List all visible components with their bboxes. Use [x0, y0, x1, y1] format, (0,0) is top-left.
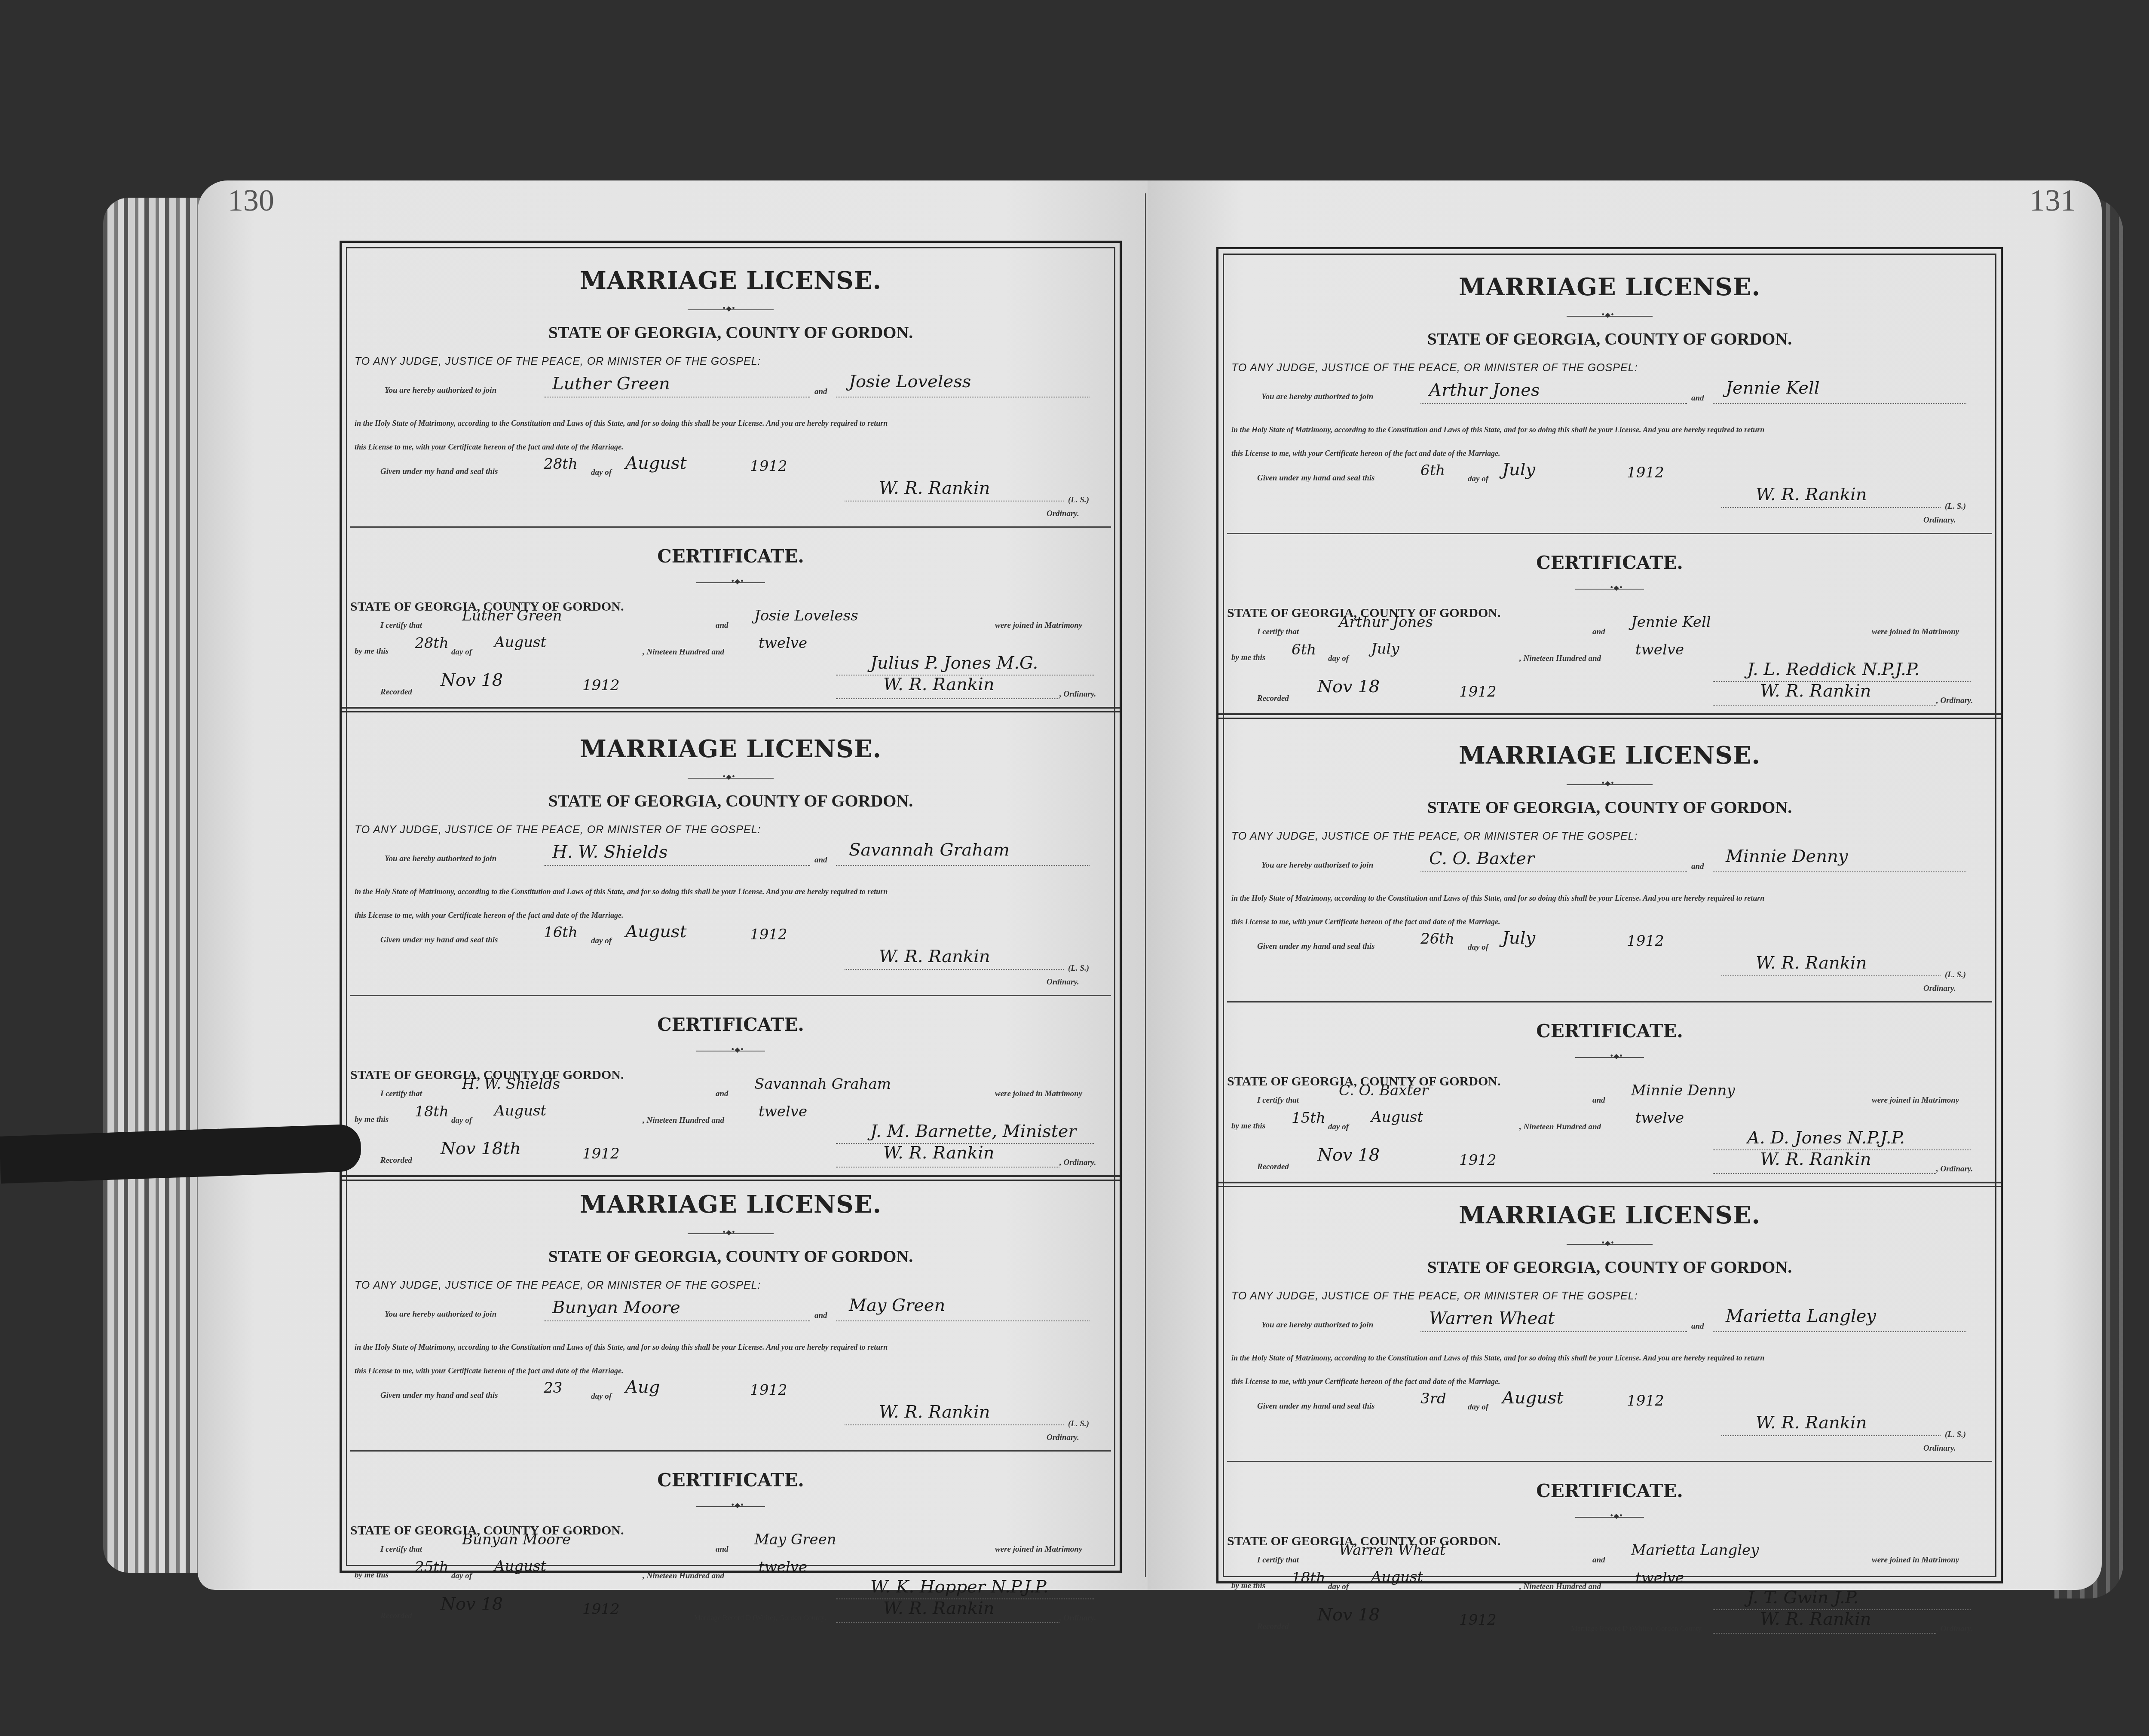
- recorded-label: Recorded: [380, 688, 412, 697]
- state-heading: STATE OF GEORGIA, COUNTY OF GORDON.: [1218, 797, 2001, 817]
- officiant-signature: J. T. Gwin J.P.: [1747, 1588, 1858, 1608]
- ordinary-sign-line: [1721, 507, 1941, 508]
- joined-label: were joined in Matrimony: [1872, 1096, 1959, 1105]
- cert-bride: Savannah Graham: [754, 1076, 891, 1093]
- bride-name: Jennie Kell: [1726, 378, 1819, 398]
- recorder-line: [1713, 1633, 1936, 1634]
- married-month: August: [494, 1102, 546, 1119]
- married-month: August: [494, 1558, 546, 1575]
- license-title: MARRIAGE LICENSE.: [342, 266, 1120, 295]
- recorded-date: Nov 18: [1317, 1605, 1380, 1625]
- ordinary-label: , Ordinary.: [1936, 1624, 1973, 1634]
- section-rule: [350, 526, 1111, 528]
- recorded-label: Recorded: [1257, 694, 1289, 703]
- given-label: Given under my hand and seal this: [1257, 1402, 1375, 1411]
- groom-name: C. O. Baxter: [1429, 849, 1534, 868]
- nineteen-hundred-label: , Nineteen Hundred and: [643, 1571, 724, 1581]
- certificate-title: CERTIFICATE.: [342, 546, 1120, 567]
- license-year: 1912: [750, 458, 787, 475]
- recorder-signature: W. R. Rankin: [1760, 1149, 1871, 1169]
- license-month: August: [1502, 1388, 1564, 1408]
- recorder-signature: W. R. Rankin: [1760, 1609, 1871, 1629]
- nineteen-hundred-label: , Nineteen Hundred and: [1519, 1122, 1601, 1132]
- married-year-word: twelve: [1635, 641, 1684, 658]
- officiant-signature: J. L. Reddick N.P.J.P.: [1747, 660, 1919, 679]
- certificate-divider: [1575, 1517, 1644, 1518]
- state-heading: STATE OF GEORGIA, COUNTY OF GORDON.: [1218, 1257, 2001, 1277]
- cert-groom: C. O. Baxter: [1339, 1082, 1428, 1099]
- groom-line: [1420, 1331, 1687, 1332]
- ls-label: (L. S.): [1945, 1430, 1966, 1440]
- bride-line: [1713, 403, 1966, 404]
- license-day: 6th: [1420, 462, 1445, 479]
- ls-label: (L. S.): [1068, 1419, 1089, 1429]
- holy-state-text: in the Holy State of Matrimony, accordin…: [1231, 894, 1764, 903]
- joined-label: were joined in Matrimony: [1872, 1556, 1959, 1565]
- license-title: MARRIAGE LICENSE.: [1218, 273, 2001, 301]
- given-label: Given under my hand and seal this: [1257, 474, 1375, 483]
- recorder-signature: W. R. Rankin: [1760, 681, 1871, 701]
- recorder-line: [836, 698, 1059, 699]
- officiant-signature: Julius P. Jones M.G.: [870, 653, 1038, 673]
- certify-label: I certify that: [1257, 1556, 1299, 1565]
- ordinary-label: , Ordinary.: [1059, 1158, 1096, 1168]
- recorded-year: 1912: [582, 1601, 620, 1618]
- record-book: 130 MARRIAGE LICENSE. STATE OF GEORGIA, …: [129, 180, 2106, 1598]
- ls-label: (L. S.): [1068, 495, 1089, 505]
- recorder-signature: W. R. Rankin: [883, 1598, 995, 1618]
- recorded-date: Nov 18: [1317, 677, 1380, 697]
- and-label: and: [1592, 1096, 1605, 1105]
- authorized-label: You are hereby authorized to join: [385, 854, 496, 864]
- recorded-date: Nov 18: [441, 1594, 503, 1614]
- license-year: 1912: [750, 926, 787, 943]
- holy-state-text: in the Holy State of Matrimony, accordin…: [355, 419, 888, 428]
- day-of-label: day of: [1328, 1122, 1349, 1132]
- ordinary-label: Ordinary.: [1047, 978, 1079, 987]
- section-rule: [350, 1450, 1111, 1452]
- bride-name: Minnie Denny: [1726, 847, 1848, 866]
- joined-label: were joined in Matrimony: [995, 621, 1082, 630]
- license-signature: W. R. Rankin: [1756, 1413, 1867, 1433]
- nineteen-hundred-label: , Nineteen Hundred and: [643, 1116, 724, 1125]
- authorized-label: You are hereby authorized to join: [1261, 392, 1373, 402]
- given-label: Given under my hand and seal this: [1257, 942, 1375, 951]
- marriage-record: MARRIAGE LICENSE. STATE OF GEORGIA, COUN…: [342, 1167, 1120, 1614]
- recorded-date: Nov 18: [1317, 1145, 1380, 1165]
- cert-bride: Josie Loveless: [754, 607, 858, 624]
- ornament-divider: [1567, 1244, 1653, 1245]
- license-day: 16th: [544, 924, 578, 941]
- license-title: MARRIAGE LICENSE.: [342, 735, 1120, 763]
- recorded-label: Recorded: [1257, 1162, 1289, 1172]
- married-day: 18th: [1292, 1569, 1326, 1586]
- record-separator: [1218, 713, 2001, 715]
- and-label: and: [814, 856, 827, 865]
- nineteen-hundred-label: , Nineteen Hundred and: [1519, 654, 1601, 663]
- by-me-label: by me this: [355, 647, 389, 656]
- officiant-signature: W. K. Hopper N.P.J.P.: [870, 1577, 1048, 1597]
- recorder-line: [1713, 1173, 1936, 1174]
- groom-line: [544, 1320, 810, 1321]
- ordinary-label: Ordinary.: [1923, 516, 1956, 525]
- license-month: July: [1502, 928, 1535, 948]
- return-text: this License to me, with your Certificat…: [1231, 1377, 1500, 1386]
- recorder-line: [836, 1622, 1059, 1623]
- by-me-label: by me this: [1231, 653, 1265, 663]
- bride-line: [836, 1320, 1090, 1321]
- and-label: and: [1691, 1322, 1704, 1331]
- recorded-year: 1912: [1459, 683, 1497, 700]
- day-of-label: day of: [1328, 1582, 1349, 1592]
- license-signature: W. R. Rankin: [879, 478, 990, 498]
- and-label: and: [716, 1545, 729, 1554]
- day-of-label: day of: [1468, 1403, 1488, 1412]
- section-rule: [1227, 1461, 1992, 1462]
- license-day: 28th: [544, 455, 578, 473]
- cert-groom: H. W. Shields: [462, 1076, 560, 1093]
- state-heading: STATE OF GEORGIA, COUNTY OF GORDON.: [342, 322, 1120, 342]
- page-number: 130: [228, 183, 274, 218]
- return-text: this License to me, with your Certificat…: [355, 911, 623, 920]
- nineteen-hundred-label: , Nineteen Hundred and: [1519, 1582, 1601, 1592]
- holy-state-text: in the Holy State of Matrimony, accordin…: [1231, 1354, 1764, 1363]
- record-book-footer: Marriage Record D (White), Gordon County…: [1571, 1624, 1703, 1633]
- certificate-divider: [696, 1506, 765, 1507]
- certificate-title: CERTIFICATE.: [342, 1470, 1120, 1491]
- cert-groom: Warren Wheat: [1339, 1542, 1446, 1559]
- page-number: 131: [2030, 183, 2076, 218]
- groom-name: Bunyan Moore: [552, 1298, 680, 1317]
- bride-line: [836, 397, 1090, 397]
- married-day: 15th: [1292, 1109, 1326, 1127]
- authorized-label: You are hereby authorized to join: [1261, 1320, 1373, 1330]
- ordinary-label: Ordinary.: [1047, 1433, 1079, 1443]
- joined-label: were joined in Matrimony: [995, 1545, 1082, 1554]
- ornament-divider: [688, 778, 774, 779]
- certificate-divider: [696, 582, 765, 583]
- ls-label: (L. S.): [1945, 970, 1966, 980]
- joined-label: were joined in Matrimony: [995, 1089, 1082, 1099]
- ordinary-label: Ordinary.: [1047, 509, 1079, 519]
- bride-name: May Green: [849, 1296, 945, 1315]
- holy-state-text: in the Holy State of Matrimony, accordin…: [355, 887, 888, 896]
- by-me-label: by me this: [355, 1571, 389, 1580]
- ordinary-label: Ordinary.: [1923, 1444, 1956, 1453]
- bride-line: [1713, 871, 1966, 872]
- bride-line: [1713, 1331, 1966, 1332]
- ornament-divider: [688, 309, 774, 310]
- day-of-label: day of: [1468, 943, 1488, 952]
- address-line: TO ANY JUDGE, JUSTICE OF THE PEACE, OR M…: [355, 824, 761, 836]
- and-label: and: [1691, 394, 1704, 403]
- record-frame: MARRIAGE LICENSE. STATE OF GEORGIA, COUN…: [1216, 247, 2003, 1583]
- license-month: July: [1502, 460, 1535, 480]
- certificate-divider: [1575, 589, 1644, 590]
- certificate-title: CERTIFICATE.: [1218, 1021, 2001, 1042]
- section-rule: [1227, 533, 1992, 534]
- record-separator: [342, 707, 1120, 709]
- license-signature: W. R. Rankin: [879, 1402, 990, 1422]
- cert-groom: Luther Green: [462, 607, 562, 624]
- recorded-label: Recorded: [380, 1611, 412, 1621]
- ordinary-sign-line: [845, 501, 1064, 501]
- recorded-year: 1912: [1459, 1611, 1497, 1629]
- license-title: MARRIAGE LICENSE.: [1218, 1201, 2001, 1229]
- authorized-label: You are hereby authorized to join: [385, 1310, 496, 1319]
- married-year-word: twelve: [1635, 1569, 1684, 1586]
- officiant-signature: J. M. Barnette, Minister: [870, 1122, 1077, 1141]
- ornament-divider: [1567, 316, 1653, 317]
- married-month: August: [494, 634, 546, 651]
- certify-label: I certify that: [1257, 627, 1299, 637]
- and-label: and: [1592, 1556, 1605, 1565]
- state-heading: STATE OF GEORGIA, COUNTY OF GORDON.: [342, 1246, 1120, 1266]
- license-title: MARRIAGE LICENSE.: [1218, 741, 2001, 770]
- certificate-divider: [1575, 1057, 1644, 1058]
- recorder-signature: W. R. Rankin: [883, 1143, 995, 1163]
- married-year-word: twelve: [759, 635, 807, 652]
- day-of-label: day of: [591, 1392, 612, 1401]
- ls-label: (L. S.): [1945, 502, 1966, 511]
- address-line: TO ANY JUDGE, JUSTICE OF THE PEACE, OR M…: [1231, 362, 1638, 374]
- ordinary-sign-line: [845, 1424, 1064, 1425]
- return-text: this License to me, with your Certificat…: [355, 443, 623, 452]
- day-of-label: day of: [1468, 474, 1488, 484]
- and-label: and: [814, 1311, 827, 1320]
- marriage-record: MARRIAGE LICENSE. STATE OF GEORGIA, COUN…: [1218, 1177, 2001, 1624]
- license-day: 3rd: [1420, 1390, 1446, 1407]
- address-line: TO ANY JUDGE, JUSTICE OF THE PEACE, OR M…: [355, 1279, 761, 1292]
- married-month: August: [1371, 1109, 1423, 1126]
- cert-groom: Arthur Jones: [1339, 614, 1433, 631]
- ordinary-label: , Ordinary.: [1936, 696, 1973, 706]
- given-label: Given under my hand and seal this: [380, 1391, 498, 1400]
- license-year: 1912: [1627, 1392, 1664, 1409]
- day-of-label: day of: [451, 1116, 472, 1125]
- and-label: and: [716, 621, 729, 630]
- given-label: Given under my hand and seal this: [380, 467, 498, 477]
- license-signature: W. R. Rankin: [1756, 485, 1867, 504]
- cert-bride: Minnie Denny: [1631, 1082, 1735, 1099]
- groom-name: Warren Wheat: [1429, 1308, 1555, 1328]
- groom-line: [544, 397, 810, 397]
- day-of-label: day of: [451, 1571, 472, 1581]
- return-text: this License to me, with your Certificat…: [355, 1366, 623, 1375]
- record-book-footer: Marriage Record D (White), Gordon County…: [694, 1614, 826, 1622]
- recorded-label: Recorded: [380, 1156, 412, 1165]
- married-month: July: [1371, 640, 1399, 657]
- cert-bride: Marietta Langley: [1631, 1542, 1759, 1559]
- married-month: August: [1371, 1568, 1423, 1586]
- license-year: 1912: [750, 1381, 787, 1399]
- joined-label: were joined in Matrimony: [1872, 627, 1959, 637]
- ordinary-sign-line: [845, 969, 1064, 970]
- license-year: 1912: [1627, 932, 1664, 950]
- and-label: and: [814, 387, 827, 397]
- return-text: this License to me, with your Certificat…: [1231, 449, 1500, 458]
- ordinary-sign-line: [1721, 975, 1941, 976]
- cert-groom: Bunyan Moore: [462, 1531, 571, 1548]
- holy-state-text: in the Holy State of Matrimony, accordin…: [1231, 425, 1764, 434]
- day-of-label: day of: [591, 468, 612, 477]
- authorized-label: You are hereby authorized to join: [385, 386, 496, 395]
- married-day: 18th: [415, 1103, 449, 1120]
- married-year-word: twelve: [759, 1559, 807, 1576]
- address-line: TO ANY JUDGE, JUSTICE OF THE PEACE, OR M…: [355, 355, 761, 368]
- by-me-label: by me this: [1231, 1581, 1265, 1591]
- marriage-record: MARRIAGE LICENSE. STATE OF GEORGIA, COUN…: [342, 711, 1120, 1158]
- authorized-label: You are hereby authorized to join: [1261, 861, 1373, 870]
- bride-name: Josie Loveless: [849, 372, 971, 391]
- address-line: TO ANY JUDGE, JUSTICE OF THE PEACE, OR M…: [1231, 1290, 1638, 1302]
- and-label: and: [716, 1089, 729, 1099]
- by-me-label: by me this: [1231, 1122, 1265, 1131]
- license-month: Aug: [625, 1377, 660, 1397]
- ls-label: (L. S.): [1068, 964, 1089, 973]
- record-frame: MARRIAGE LICENSE. STATE OF GEORGIA, COUN…: [340, 241, 1122, 1573]
- ordinary-label: , Ordinary.: [1059, 690, 1096, 699]
- address-line: TO ANY JUDGE, JUSTICE OF THE PEACE, OR M…: [1231, 830, 1638, 843]
- ordinary-label: , Ordinary.: [1059, 1614, 1096, 1623]
- certificate-title: CERTIFICATE.: [1218, 1480, 2001, 1501]
- marriage-record: MARRIAGE LICENSE. STATE OF GEORGIA, COUN…: [1218, 718, 2001, 1164]
- groom-name: H. W. Shields: [552, 842, 667, 862]
- left-page-edges: [103, 198, 202, 1573]
- day-of-label: day of: [1328, 654, 1349, 663]
- married-day: 25th: [415, 1559, 449, 1576]
- groom-line: [1420, 871, 1687, 872]
- recorded-label: Recorded: [1257, 1622, 1289, 1632]
- license-month: August: [625, 453, 687, 473]
- certificate-divider: [696, 1051, 765, 1051]
- groom-name: Arthur Jones: [1429, 380, 1540, 400]
- groom-name: Luther Green: [552, 374, 670, 394]
- ordinary-label: Ordinary.: [1923, 984, 1956, 993]
- license-year: 1912: [1627, 464, 1664, 481]
- state-heading: STATE OF GEORGIA, COUNTY OF GORDON.: [342, 791, 1120, 811]
- page-right: 131 MARRIAGE LICENSE. STATE OF GEORGIA, …: [1148, 180, 2102, 1590]
- and-label: and: [1691, 862, 1704, 871]
- certify-label: I certify that: [380, 621, 422, 630]
- certify-label: I certify that: [1257, 1096, 1299, 1105]
- married-year-word: twelve: [759, 1103, 807, 1120]
- certificate-title: CERTIFICATE.: [1218, 552, 2001, 573]
- license-month: August: [625, 922, 687, 941]
- recorded-date: Nov 18th: [441, 1139, 521, 1158]
- license-day: 26th: [1420, 930, 1454, 947]
- ornament-divider: [688, 1233, 774, 1234]
- ordinary-label: , Ordinary.: [1936, 1164, 1973, 1174]
- license-day: 23: [544, 1379, 562, 1397]
- recorded-date: Nov 18: [441, 670, 503, 690]
- license-signature: W. R. Rankin: [879, 947, 990, 966]
- certify-label: I certify that: [380, 1089, 422, 1099]
- section-rule: [350, 995, 1111, 996]
- recorded-year: 1912: [582, 1145, 620, 1162]
- nineteen-hundred-label: , Nineteen Hundred and: [643, 648, 724, 657]
- state-heading: STATE OF GEORGIA, COUNTY OF GORDON.: [1218, 329, 2001, 349]
- recorded-year: 1912: [1459, 1152, 1497, 1169]
- recorder-signature: W. R. Rankin: [883, 675, 995, 694]
- officiant-signature: A. D. Jones N.P.J.P.: [1747, 1128, 1905, 1148]
- bride-line: [836, 865, 1090, 866]
- day-of-label: day of: [451, 648, 472, 657]
- recorded-year: 1912: [582, 677, 620, 694]
- bride-name: Savannah Graham: [849, 840, 1010, 860]
- marriage-record: MARRIAGE LICENSE. STATE OF GEORGIA, COUN…: [1218, 249, 2001, 696]
- cert-bride: Jennie Kell: [1631, 614, 1711, 631]
- recorder-line: [1713, 705, 1936, 706]
- book-gutter: [1145, 193, 1146, 1577]
- groom-line: [544, 865, 810, 866]
- groom-line: [1420, 403, 1687, 404]
- married-day: 28th: [415, 635, 449, 652]
- bride-name: Marietta Langley: [1726, 1306, 1876, 1326]
- certificate-title: CERTIFICATE.: [342, 1014, 1120, 1035]
- married-year-word: twelve: [1635, 1109, 1684, 1127]
- cert-bride: May Green: [754, 1531, 836, 1548]
- day-of-label: day of: [591, 936, 612, 946]
- married-day: 6th: [1292, 641, 1316, 658]
- and-label: and: [1592, 627, 1605, 637]
- license-signature: W. R. Rankin: [1756, 953, 1867, 973]
- holy-state-text: in the Holy State of Matrimony, accordin…: [355, 1343, 888, 1352]
- marriage-record: MARRIAGE LICENSE. STATE OF GEORGIA, COUN…: [342, 243, 1120, 690]
- license-title: MARRIAGE LICENSE.: [342, 1190, 1120, 1219]
- given-label: Given under my hand and seal this: [380, 935, 498, 945]
- page-left: 130 MARRIAGE LICENSE. STATE OF GEORGIA, …: [198, 180, 1148, 1590]
- by-me-label: by me this: [355, 1115, 389, 1125]
- ornament-divider: [1567, 784, 1653, 785]
- certify-label: I certify that: [380, 1545, 422, 1554]
- return-text: this License to me, with your Certificat…: [1231, 917, 1500, 926]
- section-rule: [1227, 1001, 1992, 1002]
- ordinary-sign-line: [1721, 1435, 1941, 1436]
